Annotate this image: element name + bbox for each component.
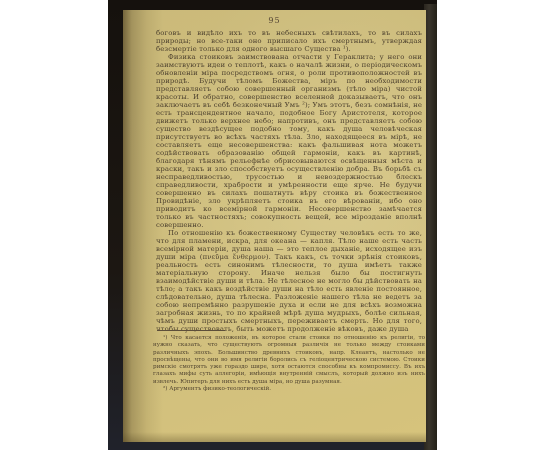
page-body-text: боговъ и видѣло ихъ то въ небесныхъ свѣт… <box>156 29 422 333</box>
footnotes: ¹) Что касается положенія, въ которое ст… <box>153 335 425 393</box>
paragraph: Физика стоиковъ заимствована отчасти у Г… <box>156 53 422 229</box>
footnote-separator <box>157 330 225 331</box>
book-page: 95 боговъ и видѣло ихъ то въ небесныхъ с… <box>123 10 426 442</box>
footnote: ²) Аргументъ физико-теологическій. <box>153 386 425 393</box>
footnote: ¹) Что касается положенія, въ которое ст… <box>153 335 425 386</box>
paragraph: По отношенію къ божественному Существу ч… <box>156 229 422 333</box>
page-bottom-shadow <box>123 432 426 442</box>
book-photo: 95 боговъ и видѣло ихъ то въ небесныхъ с… <box>108 0 437 450</box>
paragraph: боговъ и видѣло ихъ то въ небесныхъ свѣт… <box>156 29 422 53</box>
page-number: 95 <box>123 16 426 25</box>
screenshot-root: 95 боговъ и видѣло ихъ то въ небесныхъ с… <box>0 0 550 450</box>
